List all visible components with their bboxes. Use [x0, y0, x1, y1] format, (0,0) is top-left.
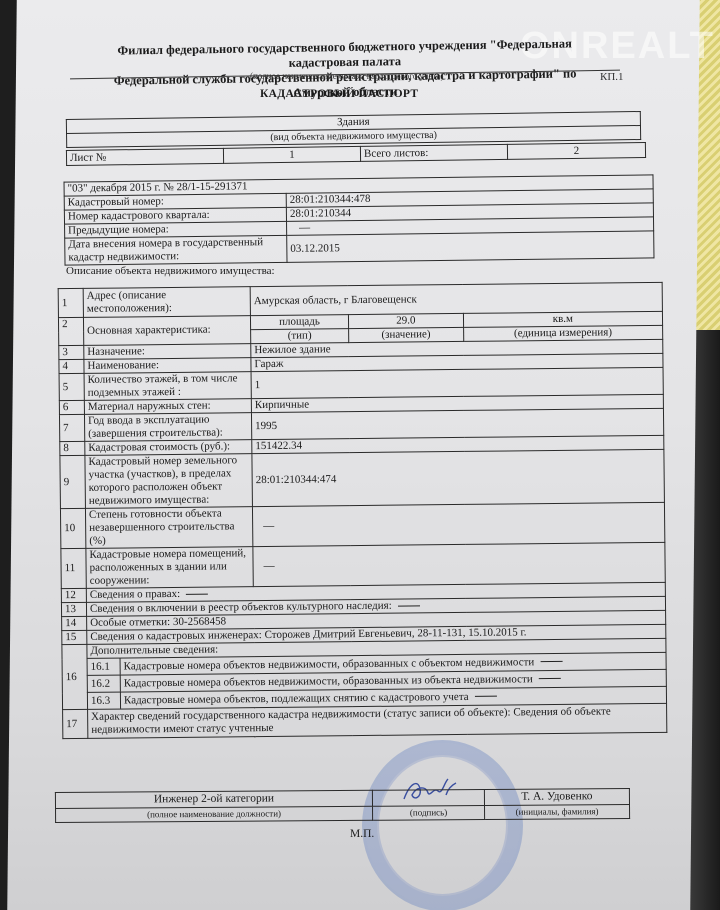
subrow-number: 16.1: [88, 659, 121, 675]
row-number: 10: [60, 508, 85, 548]
row-number: 11: [61, 548, 86, 588]
row-number: 9: [60, 455, 86, 508]
position-caption: (полное наименование должности): [56, 806, 373, 822]
registration-table: "03" декабря 2015 г. № 28/1-15-291371 Ка…: [64, 174, 655, 265]
dash: [539, 678, 561, 679]
characteristic-type: площадь: [250, 315, 348, 330]
table-row: 11 Кадастровые номера помещений, располо…: [61, 542, 665, 588]
row-number: 14: [62, 616, 87, 630]
cadastral-passport-document: ONREALT Филиал федерального государствен…: [0, 0, 720, 910]
signature-cell: [372, 790, 484, 807]
total-sheets: 2: [507, 142, 645, 159]
entry-date-label: Дата внесения номера в государственный к…: [65, 235, 287, 265]
row-number: 2: [58, 317, 83, 345]
row-number: 16: [62, 644, 88, 709]
dash: [398, 605, 420, 606]
form-code: КП.1: [600, 71, 624, 83]
document-title: КАДАСТРОВЫЙ ПАСПОРТ: [260, 88, 418, 100]
characteristic-value-caption: (значение): [349, 327, 464, 342]
sheet-label: Лист №: [66, 148, 223, 165]
row-label: Адрес (описание местоположения):: [83, 287, 250, 318]
subrow-text: Кадастровые номера объектов недвижимости…: [124, 656, 535, 672]
row-label: Год ввода в эксплуатацию (завершения стр…: [84, 413, 251, 442]
total-sheets-label: Всего листов:: [360, 144, 507, 161]
row-label: Основная характеристика:: [83, 316, 250, 346]
sheet-number: 1: [223, 146, 360, 163]
row-number: 17: [63, 709, 88, 738]
row-number: 5: [59, 373, 84, 400]
seal-label: М.П.: [350, 828, 374, 840]
land-plot-number-value: 28:01:210344:474: [252, 449, 665, 506]
row-label: Количество этажей, в том числе подземных…: [84, 372, 251, 401]
row-label: Кадастровая стоимость (руб.):: [85, 440, 252, 456]
address-value: Амурская область, г Благовещенск: [250, 282, 662, 315]
dash: [475, 696, 497, 697]
name-caption: (инициалы, фамилия): [485, 804, 630, 819]
row-number: 3: [59, 345, 84, 359]
premises-numbers-value: —: [253, 542, 665, 586]
table-row: 10 Степень готовности объекта незавершен…: [60, 502, 664, 548]
dash: [540, 661, 562, 662]
table-row: 9 Кадастровый номер земельного участка (…: [60, 449, 665, 508]
row-number: 7: [59, 414, 84, 441]
object-description-table: 1 Адрес (описание местоположения): Амурс…: [58, 282, 668, 739]
row-number: 13: [61, 602, 86, 616]
commissioning-year-value: 1995: [251, 408, 663, 439]
row-number: 15: [62, 630, 87, 644]
dash: [186, 594, 208, 595]
row-number: 1: [58, 288, 83, 317]
row-number: 4: [59, 359, 84, 373]
completion-degree-value: —: [252, 502, 664, 546]
row-label: Кадастровые номера помещений, расположен…: [86, 547, 253, 589]
row-number: 6: [59, 400, 84, 414]
subrow-text: Кадастровые номера объектов недвижимости…: [124, 673, 533, 689]
floors-value: 1: [251, 367, 663, 398]
row-number: 8: [60, 441, 85, 455]
characteristic-value: 29.0: [348, 313, 463, 328]
record-status: Характер сведений государственного кадас…: [88, 703, 667, 738]
table-row: 17 Характер сведений государственного ка…: [63, 703, 667, 738]
description-label: Описание объекта недвижимого имущества:: [66, 265, 275, 277]
signature-table: Инженер 2-ой категории Т. А. Удовенко (п…: [55, 788, 630, 823]
official-seal-stamp: [362, 740, 523, 910]
organization-caption: (полное наименование органа кадастрового…: [250, 71, 444, 81]
characteristic-type-caption: (тип): [251, 329, 349, 344]
signature-caption: (подпись): [373, 806, 485, 821]
signer-name: Т. А. Удовенко: [484, 788, 629, 805]
row-number: 12: [61, 588, 86, 602]
row-label: Кадастровый номер земельного участка (уч…: [85, 454, 253, 509]
entry-date-value: 03.12.2015: [287, 231, 654, 262]
rights-info-text: Сведения о правах:: [90, 588, 180, 601]
subrow-number: 16.3: [88, 693, 121, 709]
subrow-number: 16.2: [88, 676, 121, 692]
subrow-text: Кадастровые номера объектов, подлежащих …: [124, 690, 469, 706]
row-label: Степень готовности объекта незавершенног…: [85, 507, 252, 549]
heritage-info-text: Сведения о включении в реестр объектов к…: [90, 600, 392, 615]
